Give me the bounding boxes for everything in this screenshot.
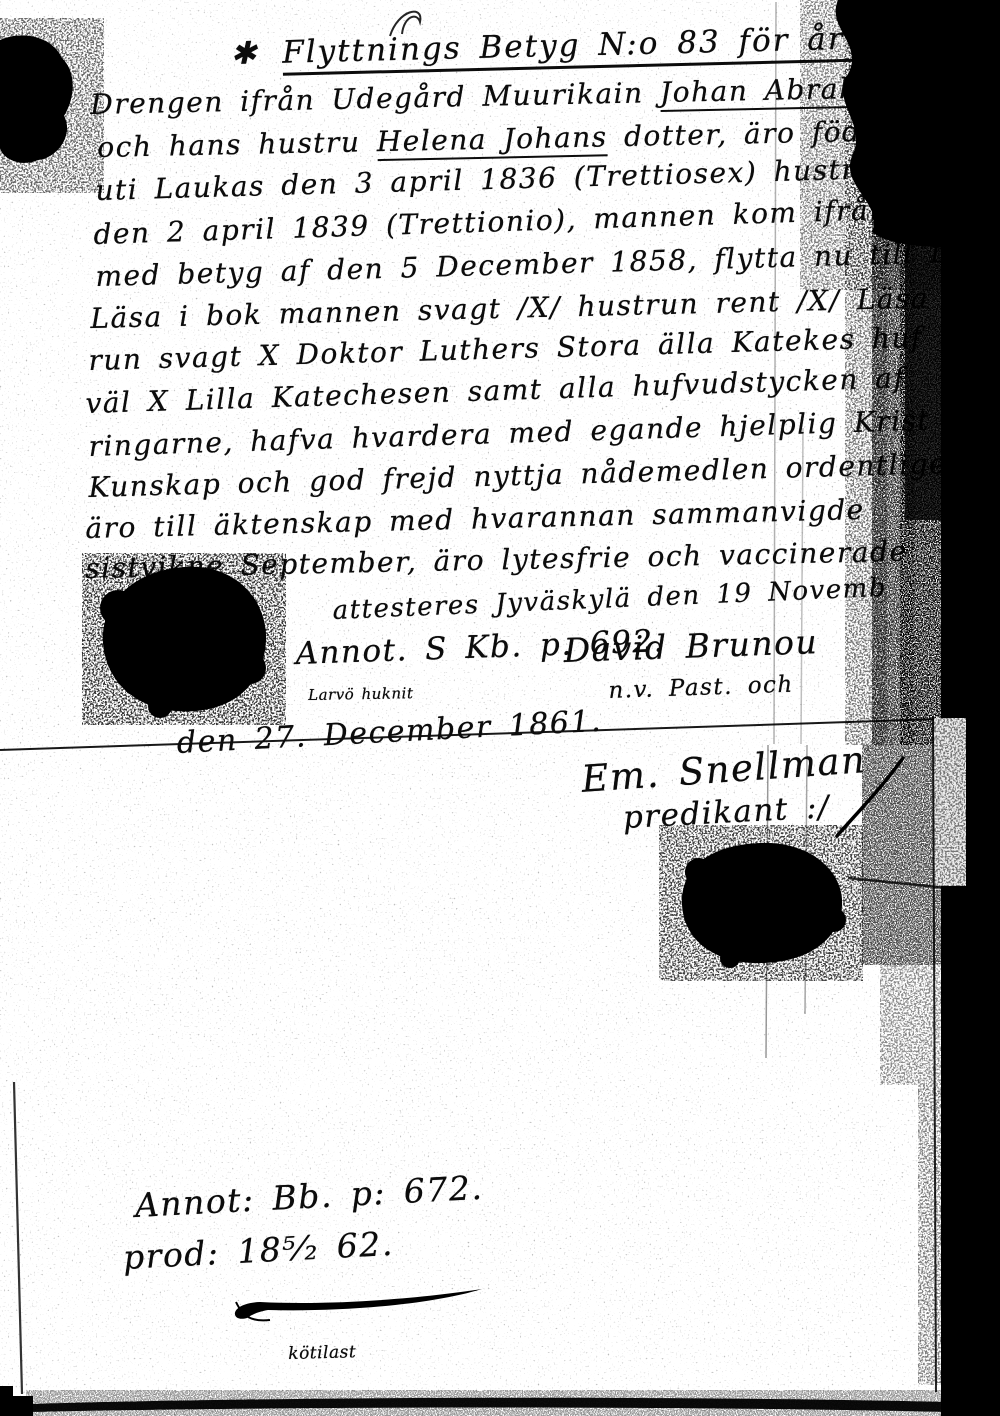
marginal-note: kötilast <box>288 1342 356 1364</box>
title-text: Flyttnings Betyg N:o 83 för år 1861 <box>282 18 950 75</box>
underlined-name: Johan Abrah <box>660 72 859 112</box>
registrar-title: n.v. Past. och <box>608 672 794 704</box>
registrar-signature: David Brunou <box>563 622 819 670</box>
bottom-annotation: Annot: Bb. p: 672. <box>134 1168 484 1225</box>
annotation-sub-note: Larvö huknit <box>308 684 414 704</box>
line-text: och hans hustru <box>97 125 377 164</box>
date-line: den 27. December 1861. <box>176 704 603 761</box>
handwriting-layer: ✱ Flyttnings Betyg N:o 83 för år 1861 Dr… <box>0 0 1000 1416</box>
scanned-document-page: ✱ Flyttnings Betyg N:o 83 för år 1861 Dr… <box>0 0 1000 1416</box>
line-text: dotter, äro födde man <box>607 112 981 153</box>
line-text: Drengen ifrån Udegård Muurikain <box>90 76 660 121</box>
underlined-name: Helena Johans <box>376 120 608 161</box>
body-line: Drengen ifrån Udegård Muurikain Johan Ab… <box>90 72 859 121</box>
officiant-title: predikant :/ <box>622 789 831 836</box>
title-asterisk-mark: ✱ <box>230 35 259 72</box>
document-title: ✱ Flyttnings Betyg N:o 83 för år 1861 <box>230 18 950 72</box>
attestation-line: attesteres Jyväskylä den 19 Novemb <box>332 573 887 626</box>
production-note: prod: 18⁵⁄₂ 62. <box>122 1224 395 1277</box>
